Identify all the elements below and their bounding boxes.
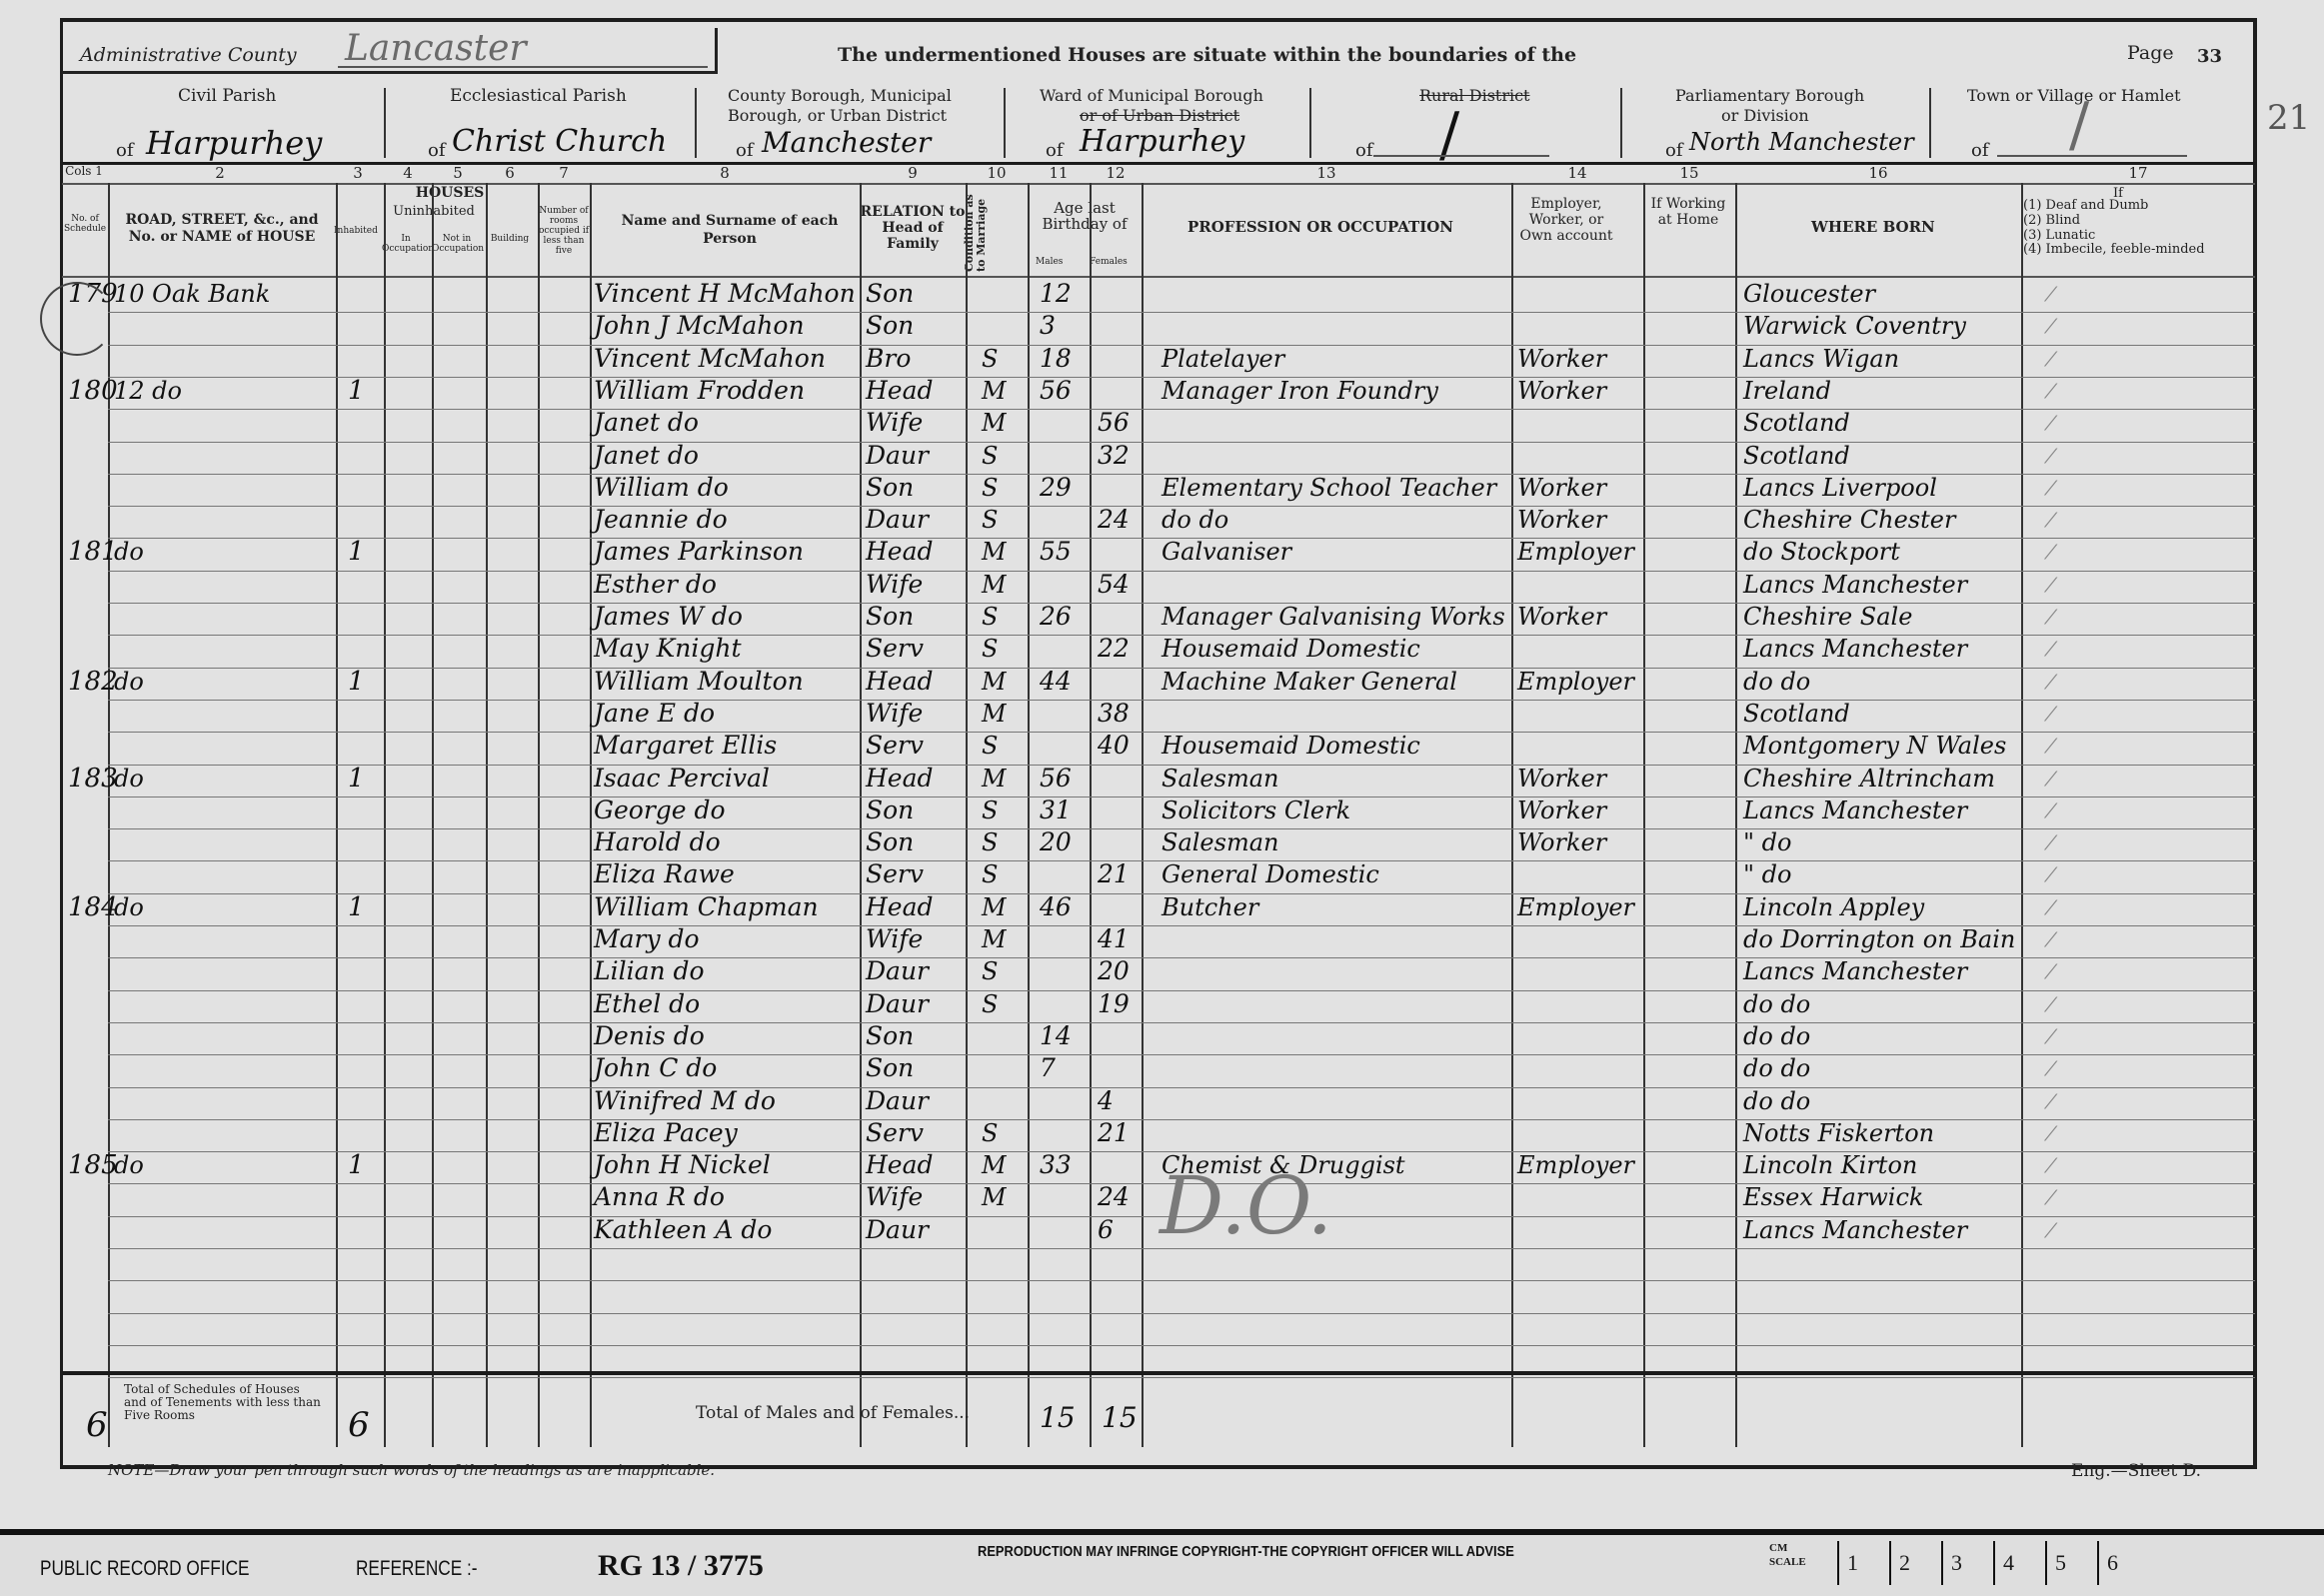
check-tick-icon: ⁄ (2049, 1218, 2052, 1242)
marital-condition: S (982, 472, 998, 504)
relation-to-head: Son (866, 795, 914, 826)
column-number: 16 (1858, 164, 1898, 182)
column-number: 8 (705, 164, 745, 182)
inhabited-count: 1 (348, 891, 365, 923)
marital-condition: S (982, 955, 998, 987)
marital-condition: M (982, 1181, 1007, 1213)
male-age: 18 (1040, 343, 1072, 375)
relation-to-head: Serv (866, 633, 924, 665)
footer-reference-label: REFERENCE :- (356, 1557, 478, 1581)
marital-condition: M (982, 763, 1007, 795)
person-name: John C do (594, 1052, 717, 1084)
female-age: 41 (1098, 923, 1130, 955)
check-tick-icon: ⁄ (2049, 992, 2052, 1016)
relation-to-head: Head (866, 763, 934, 795)
male-age: 55 (1040, 536, 1072, 568)
female-age: 20 (1098, 955, 1130, 987)
marital-condition: S (982, 504, 998, 536)
column-number: 3 (338, 164, 378, 182)
col-uninhabited-heading: Uninhabited (384, 204, 484, 219)
grid-row-line (108, 1345, 2255, 1346)
marital-condition: S (982, 730, 998, 762)
birthplace: Scotland (1743, 440, 1850, 472)
occupation: Machine Maker General (1162, 666, 1457, 698)
total-schedules-count: 6 (86, 1405, 108, 1445)
col-not-in-occupation-heading: Not in Occupation (432, 234, 482, 254)
grid-column-line (860, 183, 862, 1447)
birthplace: " do (1743, 826, 1791, 858)
total-males: 15 (1040, 1401, 1076, 1434)
column-number: 11 (1039, 164, 1079, 182)
occupation: General Domestic (1162, 858, 1379, 890)
female-age: 21 (1098, 1117, 1130, 1149)
person-name: William do (594, 472, 729, 504)
person-name: James W do (594, 601, 743, 633)
person-name: Denis do (594, 1020, 705, 1052)
relation-to-head: Wife (866, 1181, 923, 1213)
col-infirmity-3: (3) Lunatic (2023, 228, 2095, 243)
check-tick-icon: ⁄ (2049, 314, 2052, 338)
grid-row-line (108, 700, 2255, 701)
female-age: 40 (1098, 730, 1130, 762)
birthplace: Lincoln Kirton (1743, 1149, 1917, 1181)
person-name: John J McMahon (594, 310, 805, 342)
road-address: do (114, 666, 144, 698)
road-address: do (114, 536, 144, 568)
male-age: 3 (1040, 310, 1056, 342)
grid-column-line (590, 183, 592, 1447)
check-tick-icon: ⁄ (2049, 444, 2052, 468)
birthplace: Notts Fiskerton (1743, 1117, 1934, 1149)
birthplace: Lancs Wigan (1743, 343, 1899, 375)
divider (1004, 88, 1006, 158)
person-name: John H Nickel (594, 1149, 771, 1181)
birthplace: Cheshire Chester (1743, 504, 1955, 536)
col-males-heading: Males (1036, 257, 1063, 267)
marital-condition: S (982, 343, 998, 375)
footer-reference-value: RG 13 / 3775 (598, 1549, 764, 1583)
birthplace: Ireland (1743, 375, 1831, 407)
town-of: of (1971, 140, 1989, 161)
column-number: 2 (200, 164, 240, 182)
ward-label-2: or of Urban District (1080, 106, 1239, 125)
underline (1373, 155, 1549, 157)
female-age: 24 (1098, 1181, 1130, 1213)
check-tick-icon: ⁄ (2049, 959, 2052, 983)
col-in-occupation-heading: In Occupation (382, 234, 430, 254)
occupation: Salesman (1162, 826, 1278, 858)
relation-to-head: Wife (866, 407, 923, 439)
page-number: 33 (2197, 46, 2222, 67)
birthplace: Gloucester (1743, 278, 1875, 310)
employment-status: Employer (1517, 891, 1634, 923)
male-age: 29 (1040, 472, 1072, 504)
person-name: Eliza Pacey (594, 1117, 738, 1149)
grid-column-line (1735, 183, 1737, 1447)
parliamentary-label-2: or Division (1721, 106, 1809, 125)
marital-condition: M (982, 1149, 1007, 1181)
divider (1620, 88, 1622, 158)
male-age: 20 (1040, 826, 1072, 858)
occupation: do do (1162, 504, 1228, 536)
person-name: Janet do (594, 407, 699, 439)
road-address: do (114, 891, 144, 923)
relation-to-head: Daur (866, 955, 929, 987)
person-name: Jeannie do (594, 504, 728, 536)
footer-cm: CM (1769, 1541, 1806, 1555)
employment-status: Worker (1517, 375, 1606, 407)
col-houses-heading: HOUSES (364, 185, 536, 201)
marital-condition: S (982, 633, 998, 665)
birthplace: Montgomery N Wales (1743, 730, 2006, 762)
column-number: 14 (1557, 164, 1597, 182)
relation-to-head: Head (866, 375, 934, 407)
occupation: Housemaid Domestic (1162, 633, 1420, 665)
relation-to-head: Serv (866, 1117, 924, 1149)
road-address: 12 do (114, 375, 182, 407)
female-age: 22 (1098, 633, 1130, 665)
person-name: William Frodden (594, 375, 805, 407)
underline (1997, 155, 2187, 157)
check-tick-icon: ⁄ (2049, 476, 2052, 500)
person-name: May Knight (594, 633, 742, 665)
grid-column-line (108, 183, 110, 1447)
occupation: Platelayer (1162, 343, 1284, 375)
occupation: Butcher (1162, 891, 1258, 923)
county-borough-label-2: Borough, or Urban District (728, 106, 947, 125)
check-tick-icon: ⁄ (2049, 411, 2052, 435)
birthplace: Lancs Manchester (1743, 795, 1967, 826)
person-name: William Chapman (594, 891, 819, 923)
occupation: Solicitors Clerk (1162, 795, 1350, 826)
male-age: 56 (1040, 375, 1072, 407)
column-number: 5 (438, 164, 478, 182)
county-borough-of: of (736, 140, 754, 161)
check-tick-icon: ⁄ (2049, 605, 2052, 629)
totals-separator (62, 1371, 2255, 1375)
footer-office: PUBLIC RECORD OFFICE (40, 1557, 250, 1581)
scale-mark: 1 (1837, 1541, 1889, 1585)
schedule-number: 180 (68, 375, 118, 407)
male-age: 14 (1040, 1020, 1072, 1052)
schedule-circle-mark (40, 282, 114, 356)
parliamentary-value: North Manchester (1689, 128, 1914, 156)
column-number: 17 (2118, 164, 2158, 182)
male-age: 56 (1040, 763, 1072, 795)
county-borough-label-1: County Borough, Municipal (728, 86, 952, 105)
relation-to-head: Head (866, 666, 934, 698)
birthplace: Warwick Coventry (1743, 310, 1966, 342)
check-tick-icon: ⁄ (2049, 540, 2052, 564)
occupation: Galvaniser (1162, 536, 1291, 568)
occupation: Manager Iron Foundry (1162, 375, 1438, 407)
occupation: Elementary School Teacher (1162, 472, 1496, 504)
check-tick-icon: ⁄ (2049, 670, 2052, 694)
col-building-heading: Building (486, 234, 534, 244)
birthplace: do do (1743, 988, 1810, 1020)
grid-column-line (1090, 183, 1092, 1447)
female-age: 54 (1098, 569, 1130, 601)
ward-label-1: Ward of Municipal Borough (1040, 86, 1263, 105)
col-infirmity-2: (2) Blind (2023, 213, 2080, 228)
relation-to-head: Son (866, 1020, 914, 1052)
person-name: Kathleen A do (594, 1214, 772, 1246)
marital-condition: M (982, 375, 1007, 407)
grid-column-line (384, 183, 386, 1447)
civil-parish-label: Civil Parish (178, 86, 276, 106)
note-text: NOTE—Draw your pen through such words of… (108, 1461, 715, 1479)
column-number: 9 (893, 164, 933, 182)
ward-value: Harpurhey (1080, 124, 1244, 159)
grid-row-line (108, 990, 2255, 991)
person-name: Vincent H McMahon (594, 278, 856, 310)
town-value: / (2069, 90, 2089, 160)
occupation: Salesman (1162, 763, 1278, 795)
birthplace: Lancs Manchester (1743, 1214, 1967, 1246)
person-name: Lilian do (594, 955, 705, 987)
person-name: Esther do (594, 569, 717, 601)
relation-to-head: Daur (866, 1214, 929, 1246)
check-tick-icon: ⁄ (2049, 1121, 2052, 1145)
sheet-label: Eng.—Sheet D. (2071, 1461, 2201, 1481)
birthplace: Scotland (1743, 698, 1850, 730)
relation-to-head: Daur (866, 1085, 929, 1117)
column-number: 12 (1096, 164, 1136, 182)
birthplace: Lancs Manchester (1743, 633, 1967, 665)
person-name: Isaac Percival (594, 763, 770, 795)
scale-mark: 2 (1889, 1541, 1941, 1585)
check-tick-icon: ⁄ (2049, 347, 2052, 371)
relation-to-head: Wife (866, 923, 923, 955)
col-rooms-heading: Number of rooms occupied if less than fi… (538, 206, 590, 256)
column-number: 4 (388, 164, 428, 182)
check-tick-icon: ⁄ (2049, 573, 2052, 597)
relation-to-head: Son (866, 826, 914, 858)
male-age: 31 (1040, 795, 1072, 826)
col-infirmity-4: (4) Imbecile, feeble-minded (2023, 243, 2223, 257)
relation-to-head: Head (866, 891, 934, 923)
footer-scale: SCALE (1769, 1555, 1806, 1569)
employment-status: Worker (1517, 343, 1606, 375)
relation-to-head: Son (866, 472, 914, 504)
check-tick-icon: ⁄ (2049, 508, 2052, 532)
person-name: Anna R do (594, 1181, 725, 1213)
column-number: 6 (490, 164, 530, 182)
column-number: 13 (1306, 164, 1346, 182)
birthplace: do do (1743, 1020, 1810, 1052)
col-name-heading: Name and Surname of each Person (620, 212, 840, 248)
col-working-home-heading: If Working at Home (1645, 196, 1731, 228)
admin-county-label: Administrative County (80, 44, 297, 66)
inhabited-count: 1 (348, 666, 365, 698)
divider (695, 88, 697, 158)
birthplace: Lancs Liverpool (1743, 472, 1937, 504)
birthplace: do Dorrington on Bain (1743, 923, 2015, 955)
col-inhabited-heading: Inhabited (334, 226, 374, 236)
grid-row-line (108, 1280, 2255, 1281)
marital-condition: M (982, 536, 1007, 568)
birthplace: do do (1743, 1052, 1810, 1084)
person-name: Eliza Rawe (594, 858, 735, 890)
employment-status: Employer (1517, 536, 1634, 568)
relation-to-head: Son (866, 1052, 914, 1084)
col-schedule-heading: No. of Schedule (64, 214, 106, 234)
rural-district-of: of (1355, 140, 1373, 161)
col-relation-heading: RELATION to Head of Family (858, 204, 968, 252)
grid-column-line (1142, 183, 1144, 1447)
grid-row-line (108, 1054, 2255, 1055)
grid-column-line (1028, 183, 1030, 1447)
scale-mark: 5 (2045, 1541, 2097, 1585)
relation-to-head: Daur (866, 988, 929, 1020)
occupation: Housemaid Domestic (1162, 730, 1420, 762)
birthplace: Essex Harwick (1743, 1181, 1923, 1213)
check-tick-icon: ⁄ (2049, 282, 2052, 306)
rural-district-label: Rural District (1419, 86, 1529, 105)
boundaries-text: The undermentioned Houses are situate wi… (838, 44, 1576, 66)
marital-condition: M (982, 407, 1007, 439)
schedule-number: 181 (68, 536, 118, 568)
rural-district-value: / (1439, 100, 1459, 170)
marital-condition: M (982, 569, 1007, 601)
pencil-mark: D.O. (1160, 1159, 1332, 1252)
relation-to-head: Wife (866, 569, 923, 601)
check-tick-icon: ⁄ (2049, 798, 2052, 822)
admin-county-value: Lancaster (345, 28, 527, 69)
col-where-born-heading: WHERE BORN (1811, 218, 1935, 236)
scale-mark: 3 (1941, 1541, 1993, 1585)
road-address: do (114, 763, 144, 795)
marital-condition: M (982, 666, 1007, 698)
check-tick-icon: ⁄ (2049, 830, 2052, 854)
person-name: Mary do (594, 923, 700, 955)
schedule-number: 184 (68, 891, 118, 923)
grid-row-line (108, 409, 2255, 410)
inhabited-count: 1 (348, 763, 365, 795)
person-name: James Parkinson (594, 536, 804, 568)
relation-to-head: Daur (866, 440, 929, 472)
county-borough-value: Manchester (762, 126, 931, 159)
marital-condition: S (982, 858, 998, 890)
grid-row-line (108, 1377, 2255, 1378)
employment-status: Worker (1517, 504, 1606, 536)
road-address: do (114, 1149, 144, 1181)
marital-condition: S (982, 1117, 998, 1149)
person-name: Janet do (594, 440, 699, 472)
male-age: 26 (1040, 601, 1072, 633)
relation-to-head: Serv (866, 730, 924, 762)
male-age: 7 (1040, 1052, 1056, 1084)
column-number: 7 (544, 164, 584, 182)
divider (1929, 88, 1931, 158)
col-females-heading: Females (1090, 257, 1128, 267)
page-label: Page (2127, 42, 2174, 64)
total-females: 15 (1102, 1401, 1138, 1434)
grid-column-line (538, 183, 540, 1447)
grid-column-line (1511, 183, 1513, 1447)
male-age: 33 (1040, 1149, 1072, 1181)
relation-to-head: Head (866, 1149, 934, 1181)
male-age: 44 (1040, 666, 1072, 698)
employment-status: Worker (1517, 826, 1606, 858)
check-tick-icon: ⁄ (2049, 1185, 2052, 1209)
birthplace: do Stockport (1743, 536, 1900, 568)
grid-column-line (1643, 183, 1645, 1447)
total-males-females-label: Total of Males and of Females... (696, 1403, 970, 1423)
person-name: William Moulton (594, 666, 804, 698)
column-number: 10 (977, 164, 1017, 182)
check-tick-icon: ⁄ (2049, 895, 2052, 919)
footer-cm-scale: CM SCALE (1769, 1541, 1806, 1569)
parliamentary-of: of (1665, 140, 1683, 161)
check-tick-icon: ⁄ (2049, 1153, 2052, 1177)
female-age: 38 (1098, 698, 1130, 730)
male-age: 46 (1040, 891, 1072, 923)
total-houses-count: 6 (348, 1405, 370, 1445)
check-tick-icon: ⁄ (2049, 702, 2052, 726)
col-road-heading: ROAD, STREET, &c., and No. or NAME of HO… (114, 212, 330, 246)
marital-condition: M (982, 891, 1007, 923)
marital-condition: S (982, 826, 998, 858)
eccl-parish-label: Ecclesiastical Parish (450, 86, 627, 106)
column-number: Cols 1 (64, 164, 104, 178)
column-number: 15 (1669, 164, 1709, 182)
inhabited-count: 1 (348, 1149, 365, 1181)
person-name: Vincent McMahon (594, 343, 826, 375)
civil-parish-of: of (116, 140, 134, 161)
employment-status: Employer (1517, 666, 1634, 698)
check-tick-icon: ⁄ (2049, 1056, 2052, 1080)
eccl-parish-value: Christ Church (452, 124, 667, 159)
birthplace: Lancs Manchester (1743, 569, 1967, 601)
marital-condition: M (982, 698, 1007, 730)
admin-county-underline (338, 66, 708, 68)
birthplace: Cheshire Sale (1743, 601, 1912, 633)
marital-condition: S (982, 601, 998, 633)
birthplace: Lincoln Appley (1743, 891, 1924, 923)
relation-to-head: Son (866, 278, 914, 310)
check-tick-icon: ⁄ (2049, 1089, 2052, 1113)
margin-number: 21 (2267, 98, 2310, 138)
birthplace: Scotland (1743, 407, 1850, 439)
col-infirmity-1: (1) Deaf and Dumb (2023, 198, 2148, 213)
birthplace: do do (1743, 1085, 1810, 1117)
inhabited-count: 1 (348, 375, 365, 407)
person-name: Ethel do (594, 988, 700, 1020)
grid-column-line (336, 183, 338, 1447)
check-tick-icon: ⁄ (2049, 379, 2052, 403)
archive-footer: PUBLIC RECORD OFFICE REFERENCE :- RG 13 … (0, 1529, 2324, 1596)
grid-row-line (108, 1313, 2255, 1314)
check-tick-icon: ⁄ (2049, 637, 2052, 661)
birthplace: Lancs Manchester (1743, 955, 1967, 987)
employment-status: Employer (1517, 1149, 1634, 1181)
grid-column-line (966, 183, 968, 1447)
divider (1309, 88, 1311, 158)
birthplace: do do (1743, 666, 1810, 698)
census-sheet: Administrative County Lancaster The unde… (0, 0, 2324, 1529)
female-age: 19 (1098, 988, 1130, 1020)
grid-row-line (108, 442, 2255, 443)
col-occupation-heading: PROFESSION OR OCCUPATION (1187, 218, 1453, 236)
scale-mark: 6 (2097, 1541, 2149, 1585)
occupation: Manager Galvanising Works (1162, 601, 1505, 633)
road-address: 10 Oak Bank (114, 278, 270, 310)
marital-condition: S (982, 988, 998, 1020)
female-age: 24 (1098, 504, 1130, 536)
relation-to-head: Son (866, 310, 914, 342)
check-tick-icon: ⁄ (2049, 862, 2052, 886)
